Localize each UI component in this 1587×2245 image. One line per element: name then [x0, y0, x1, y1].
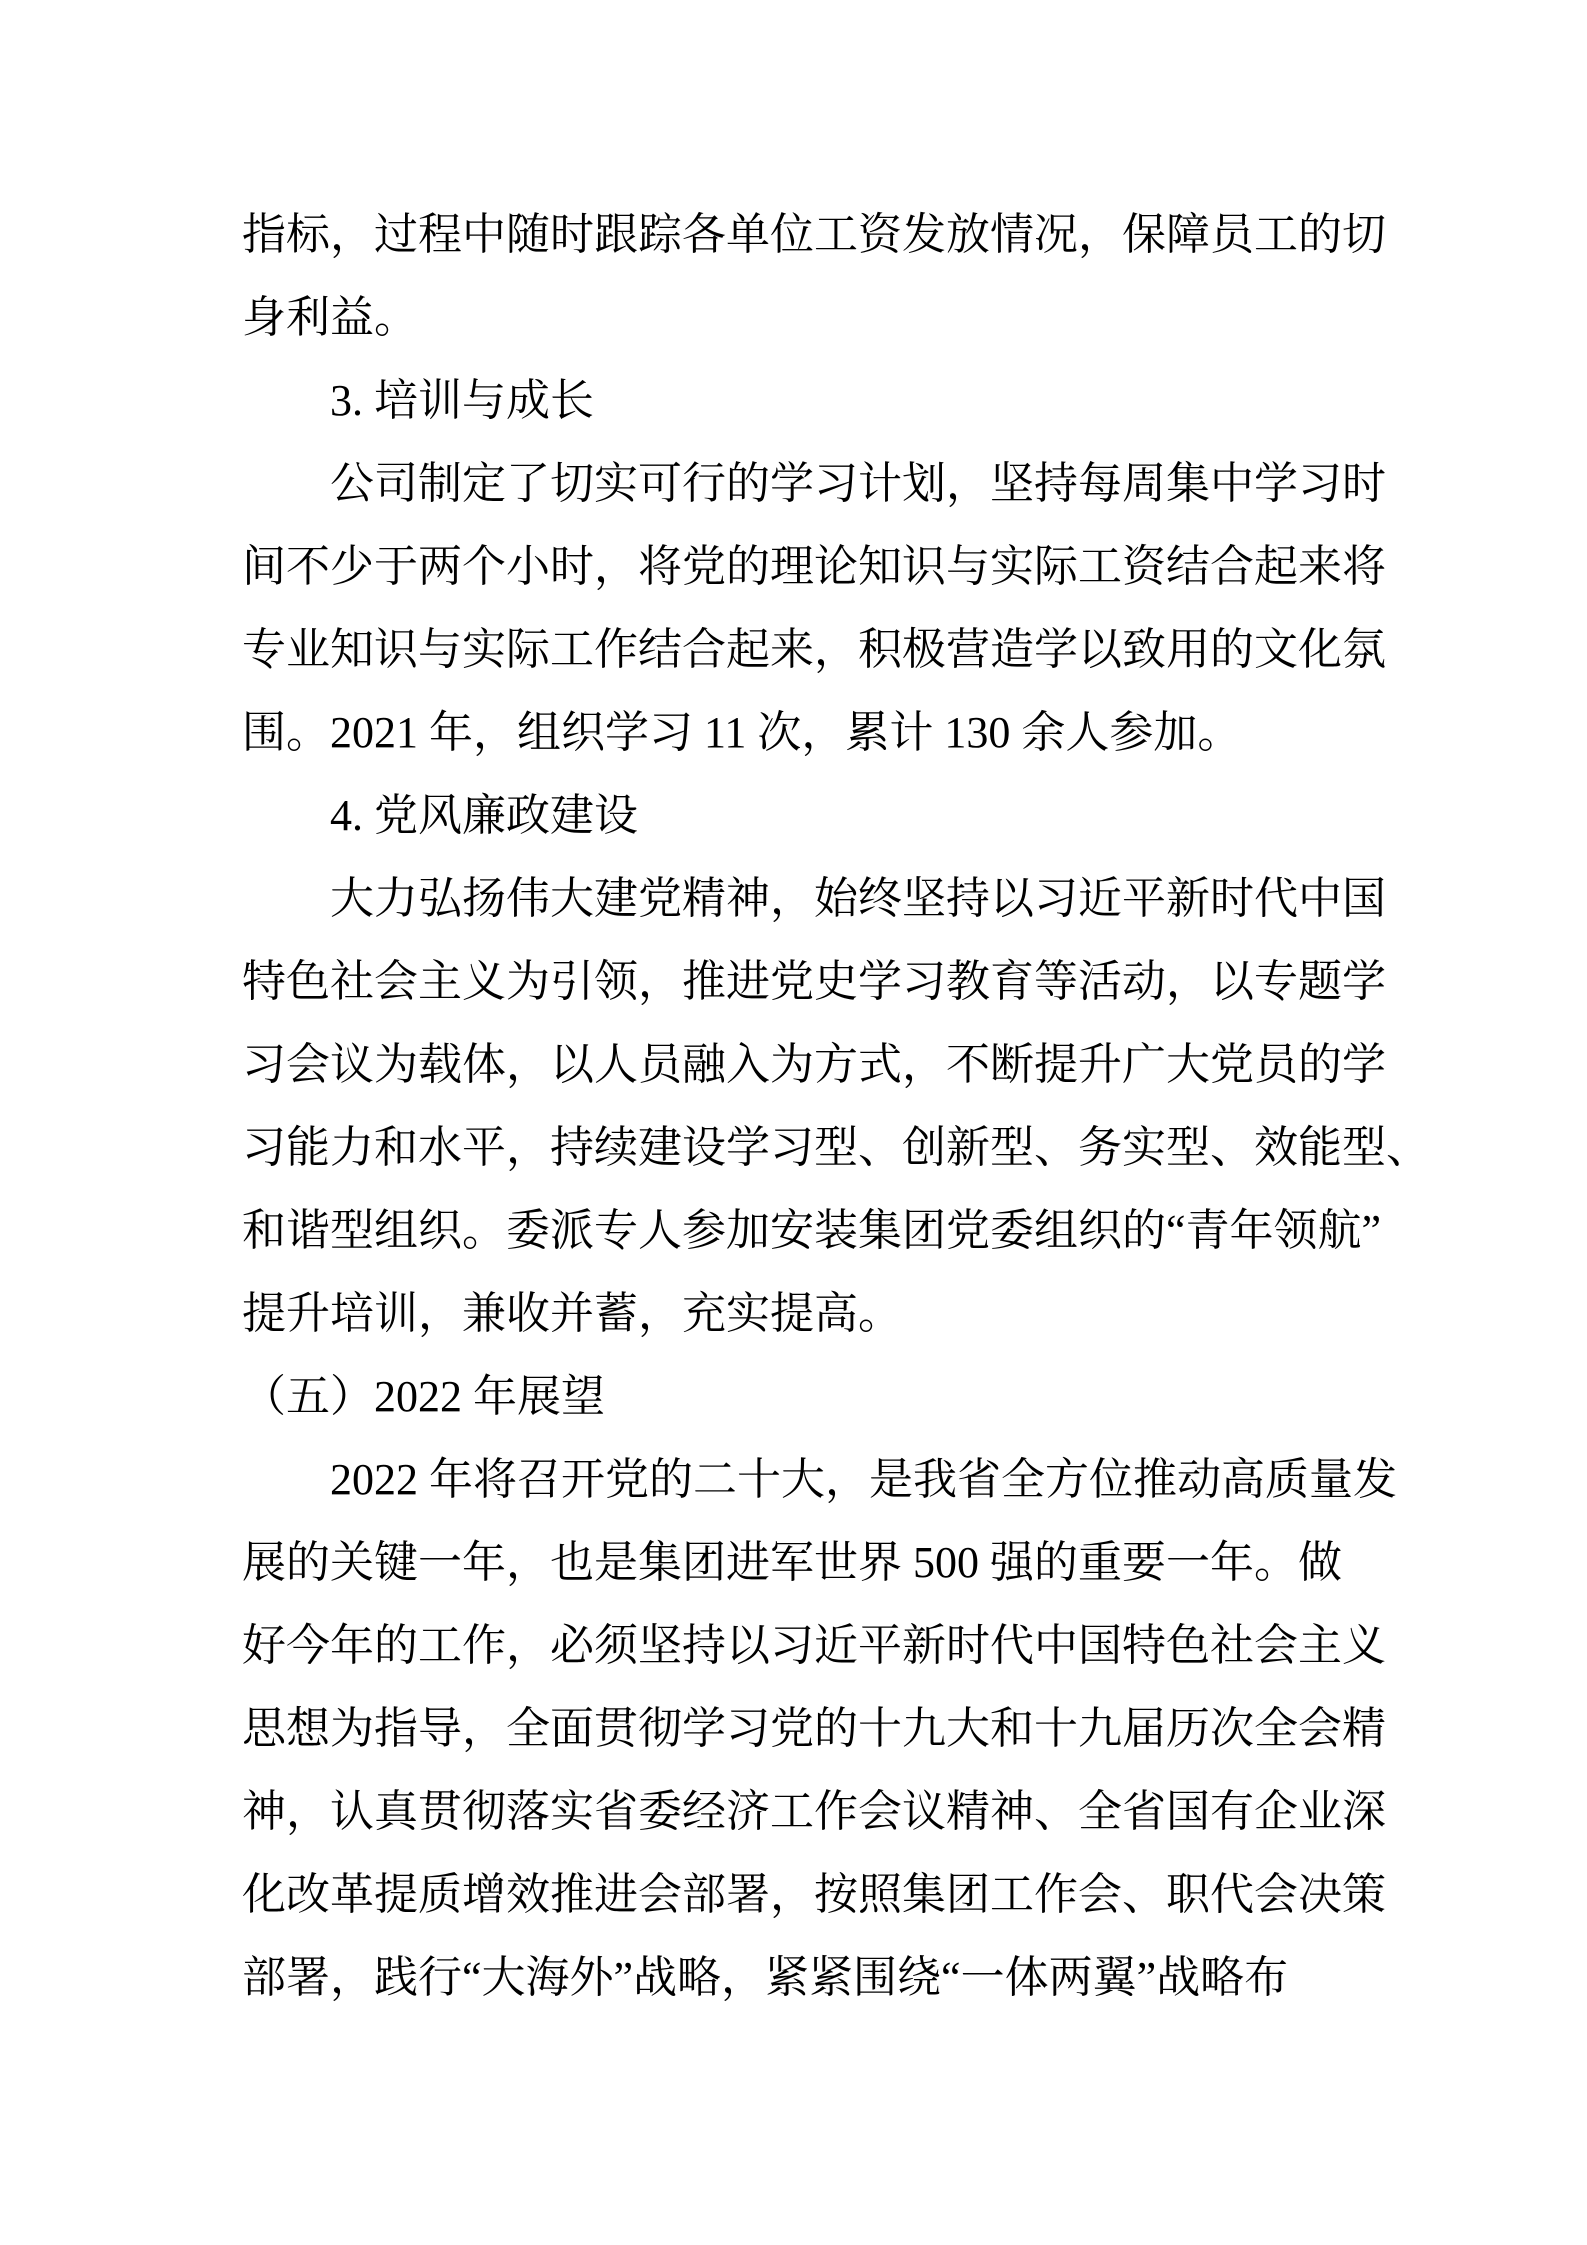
text-line: 2022 年将召开党的二十大，是我省全方位推动高质量发	[242, 1438, 1352, 1521]
document-text-block: 指标，过程中随时跟踪各单位工资发放情况，保障员工的切身利益。3. 培训与成长公司…	[242, 193, 1352, 2019]
text-line: 好今年的工作，必须坚持以习近平新时代中国特色社会主义	[242, 1604, 1352, 1687]
text-line: 4. 党风廉政建设	[242, 774, 1352, 857]
text-line: 部署，践行“大海外”战略，紧紧围绕“一体两翼”战略布	[242, 1936, 1352, 2019]
text-line: 指标，过程中随时跟踪各单位工资发放情况，保障员工的切	[242, 193, 1352, 276]
text-line: 身利益。	[242, 276, 1352, 359]
text-line: 化改革提质增效推进会部署，按照集团工作会、职代会决策	[242, 1853, 1352, 1936]
text-line: 神，认真贯彻落实省委经济工作会议精神、全省国有企业深	[242, 1770, 1352, 1853]
text-line: 大力弘扬伟大建党精神，始终坚持以习近平新时代中国	[242, 857, 1352, 940]
text-line: 展的关键一年，也是集团进军世界 500 强的重要一年。做	[242, 1521, 1352, 1604]
text-line: （五）2022 年展望	[242, 1355, 1352, 1438]
text-line: 习会议为载体，以人员融入为方式，不断提升广大党员的学	[242, 1023, 1352, 1106]
document-page: 指标，过程中随时跟踪各单位工资发放情况，保障员工的切身利益。3. 培训与成长公司…	[0, 0, 1587, 2245]
text-line: 特色社会主义为引领，推进党史学习教育等活动，以专题学	[242, 940, 1352, 1023]
text-line: 和谐型组织。委派专人参加安装集团党委组织的“青年领航”	[242, 1189, 1352, 1272]
text-line: 公司制定了切实可行的学习计划，坚持每周集中学习时	[242, 442, 1352, 525]
text-line: 3. 培训与成长	[242, 359, 1352, 442]
text-line: 间不少于两个小时，将党的理论知识与实际工资结合起来将	[242, 525, 1352, 608]
text-line: 围。2021 年，组织学习 11 次，累计 130 余人参加。	[242, 691, 1352, 774]
text-line: 专业知识与实际工作结合起来，积极营造学以致用的文化氛	[242, 608, 1352, 691]
text-line: 提升培训，兼收并蓄，充实提高。	[242, 1272, 1352, 1355]
text-line: 习能力和水平，持续建设学习型、创新型、务实型、效能型、	[242, 1106, 1352, 1189]
text-line: 思想为指导，全面贯彻学习党的十九大和十九届历次全会精	[242, 1687, 1352, 1770]
